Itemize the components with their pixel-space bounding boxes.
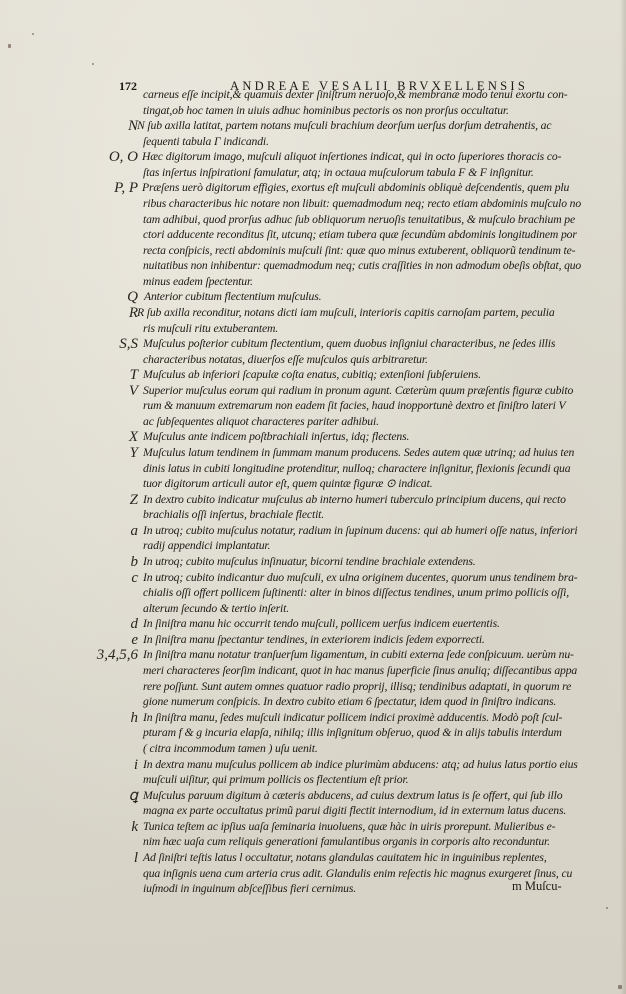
continuation-line: characteribus notatas, diuerſos eſſe muſ…: [0, 352, 626, 368]
legend-entry-line: RR ſub axilla reconditur, notans dicti i…: [0, 305, 626, 321]
line-text: rum & manuum extremarum non eadem ſit fa…: [143, 398, 565, 414]
figure-key-label: V: [129, 383, 138, 399]
continuation-line: rum & manuum extremarum non eadem ſit fa…: [0, 398, 626, 414]
line-text: In utroq; cubito muſculus inſinuatur, bi…: [143, 554, 476, 570]
legend-entry-line: XMuſculus ante indicem poſtbrachiali inſ…: [0, 429, 626, 445]
line-text: In ſiniſtra manu, ſedes muſculi indicatu…: [143, 710, 562, 726]
paper-speck: [606, 907, 608, 909]
figure-key-label: Q: [127, 289, 138, 305]
figure-key-label: S,S: [119, 336, 138, 352]
legend-entry-line: aIn utroq; cubito muſculus notatur, radi…: [0, 523, 626, 539]
legend-entry-line: NN ſub axilla latitat, partem notans muſ…: [0, 118, 626, 134]
continuation-line: minus eadem ſpectentur.: [0, 274, 626, 290]
continuation-line: brachialis oſſi inſertus, brachiale flec…: [0, 507, 626, 523]
continuation-line: gione numerum conſpicis. In dextro cubit…: [0, 694, 626, 710]
continuation-line: nuitatibus non inhibentur: quemadmodum n…: [0, 258, 626, 274]
line-text: alterum ſecundo & tertio inſerit.: [143, 601, 289, 617]
continuation-line: ris muſculi ritu extuberantem.: [0, 321, 626, 337]
line-text: nim hæc uaſa cum reliquis generationi fa…: [143, 834, 550, 850]
continuation-line: ſtas inſertus inſpirationi famulatur, at…: [0, 165, 626, 181]
line-text: R ſub axilla reconditur, notans dicti ia…: [137, 305, 555, 321]
continuation-line: meri characteres ſeorſim indicant, quot …: [0, 663, 626, 679]
line-text: In ſiniſtra manu notatur tranſuerſum lig…: [143, 647, 574, 663]
continuation-line: ctori adducente reconditus ſit, utcunq; …: [0, 227, 626, 243]
book-page: 172 ANDREAE VESALII BRVXELLENSIS carneus…: [0, 0, 626, 994]
line-text: minus eadem ſpectentur.: [143, 274, 253, 290]
legend-entry-line: cIn utroq; cubito indicantur duo muſculi…: [0, 570, 626, 586]
line-text: tuor digitorum articuli autor eſt, quem …: [143, 476, 432, 492]
line-text: ( citra incommodum tamen ) uſu uenit.: [143, 741, 318, 757]
line-text: dinis latus in cubiti longitudine proten…: [143, 461, 570, 477]
line-text: Muſculus paruum digitum à cæteris abduce…: [143, 788, 562, 804]
continuation-line: ſequenti tabula Γ indicandi.: [0, 134, 626, 150]
line-text: ris muſculi ritu extuberantem.: [143, 321, 278, 337]
continuation-line: ( citra incommodum tamen ) uſu uenit.: [0, 741, 626, 757]
line-text: meri characteres ſeorſim indicant, quot …: [143, 663, 577, 679]
figure-key-label: i: [134, 757, 138, 773]
paper-speck: [618, 985, 622, 989]
legend-entry-line: lAd ſiniſtri teſtis latus l occultatur, …: [0, 850, 626, 866]
line-text: radij appendici implantatur.: [143, 538, 270, 554]
figure-key-label: 3,4,5,6: [97, 647, 138, 663]
legend-entry-line: 3,4,5,6In ſiniſtra manu notatur tranſuer…: [0, 647, 626, 663]
continuation-line: tuor digitorum articuli autor eſt, quem …: [0, 476, 626, 492]
continuation-line: chialis oſſi offert pollicem ſuſtinenti:…: [0, 585, 626, 601]
line-text: In ſiniſtra manu hic occurrit tendo muſc…: [143, 616, 500, 632]
figure-key-label: h: [131, 710, 139, 726]
legend-entry-line: TMuſculus ab inferiori ſcapulæ coſta ena…: [0, 367, 626, 383]
legend-entry-line: QAnterior cubitum flectentium muſculus.: [0, 289, 626, 305]
line-text: Muſculus ante indicem poſtbrachiali inſe…: [143, 429, 409, 445]
continuation-line: carneus eſſe incipit,& quamuis dexter ſi…: [0, 87, 626, 103]
legend-entry-line: dIn ſiniſtra manu hic occurrit tendo muſ…: [0, 616, 626, 632]
continuation-line: radij appendici implantatur.: [0, 538, 626, 554]
continuation-line: rere poſſunt. Sunt autem omnes quatuor r…: [0, 679, 626, 695]
line-text: In ſiniſtra manu ſpectantur tendines, in…: [143, 632, 485, 648]
figure-key-label: k: [131, 819, 138, 835]
legend-entry-line: ꝗMuſculus paruum digitum à cæteris abduc…: [0, 788, 626, 804]
line-text: qua inſignis uena cum arteria crus adit.…: [143, 866, 572, 882]
line-text: ctori adducente reconditus ſit, utcunq; …: [143, 227, 577, 243]
continuation-line: nim hæc uaſa cum reliquis generationi fa…: [0, 834, 626, 850]
catchword: m Muſcu-: [512, 879, 562, 894]
line-text: In dextra manu muſculus pollicem ab indi…: [143, 757, 578, 773]
continuation-line: alterum ſecundo & tertio inſerit.: [0, 601, 626, 617]
line-text: iuſmodi in inguinum abſceſſibus fieri ce…: [143, 881, 356, 897]
continuation-line: pturam f & g incuria elapſa, nihilq; ill…: [0, 725, 626, 741]
line-text: recta conſpicis, recti abdominis muſculi…: [143, 243, 575, 259]
legend-entry-line: ZIn dextro cubito indicatur muſculus ab …: [0, 492, 626, 508]
figure-key-label: a: [131, 523, 139, 539]
line-text: characteribus notatas, diuerſos eſſe muſ…: [143, 352, 428, 368]
figure-key-label: T: [130, 367, 138, 383]
figure-key-label: e: [131, 632, 138, 648]
figure-key-label: c: [131, 570, 138, 586]
line-text: tingat,ob hoc tamen in uiuis adhuc homin…: [143, 103, 509, 119]
line-text: ribus characteribus hic notare non libui…: [143, 196, 581, 212]
legend-entry-line: bIn utroq; cubito muſculus inſinuatur, b…: [0, 554, 626, 570]
figure-key-label: d: [131, 616, 139, 632]
line-text: Tunica teſtem ac ipſius uaſa ſeminaria i…: [143, 819, 555, 835]
figure-key-label: Y: [130, 445, 138, 461]
legend-entry-line: P, PPræſens uerò digitorum effigies, exo…: [0, 180, 626, 196]
line-text: ſequenti tabula Γ indicandi.: [143, 134, 269, 150]
legend-entry-line: iIn dextra manu muſculus pollicem ab ind…: [0, 757, 626, 773]
continuation-line: magna ex parte occultatus primũ parui di…: [0, 803, 626, 819]
figure-key-label: ꝗ: [128, 788, 138, 804]
line-text: ac ſubſequentes aliquot characteres pari…: [143, 414, 379, 430]
line-text: In dextro cubito indicatur muſculus ab i…: [143, 492, 566, 508]
continuation-line: recta conſpicis, recti abdominis muſculi…: [0, 243, 626, 259]
line-text: muſculi uiſitur, qui primum pollicis os …: [143, 772, 408, 788]
line-text: In utroq; cubito indicantur duo muſculi,…: [143, 570, 578, 586]
continuation-line: muſculi uiſitur, qui primum pollicis os …: [0, 772, 626, 788]
figure-key-label: P, P: [114, 180, 138, 196]
line-text: Præſens uerò digitorum effigies, exortus…: [142, 180, 569, 196]
paper-speck: [8, 44, 11, 48]
line-text: Muſculus ab inferiori ſcapulæ coſta enat…: [143, 367, 481, 383]
legend-entry-line: kTunica teſtem ac ipſius uaſa ſeminaria …: [0, 819, 626, 835]
line-text: magna ex parte occultatus primũ parui di…: [143, 803, 566, 819]
line-text: Superior muſculus eorum qui radium in pr…: [143, 383, 573, 399]
line-text: Hæc digitorum imago, muſculi aliquot inſ…: [142, 149, 561, 165]
figure-key-label: O, O: [109, 149, 138, 165]
paper-speck: [32, 33, 34, 35]
line-text: Ad ſiniſtri teſtis latus l occultatur, n…: [143, 850, 547, 866]
line-text: chialis oſſi offert pollicem ſuſtinenti:…: [143, 585, 569, 601]
line-text: carneus eſſe incipit,& quamuis dexter ſi…: [143, 87, 568, 103]
continuation-line: ac ſubſequentes aliquot characteres pari…: [0, 414, 626, 430]
line-text: ſtas inſertus inſpirationi famulatur, at…: [143, 165, 534, 181]
legend-entry-line: hIn ſiniſtra manu, ſedes muſculi indicat…: [0, 710, 626, 726]
line-text: Muſculus poſterior cubitum flectentium, …: [143, 336, 555, 352]
line-text: nuitatibus non inhibentur: quemadmodum n…: [143, 258, 581, 274]
figure-key-label: b: [131, 554, 139, 570]
continuation-line: dinis latus in cubiti longitudine proten…: [0, 461, 626, 477]
figure-key-label: X: [129, 429, 138, 445]
line-text: brachialis oſſi inſertus, brachiale flec…: [143, 507, 324, 523]
line-text: Anterior cubitum flectentium muſculus.: [144, 289, 321, 305]
figure-key-label: l: [134, 850, 138, 866]
line-text: tam adhibui, quod prorſus adhuc ſub obli…: [143, 212, 575, 228]
line-text: pturam f & g incuria elapſa, nihilq; ill…: [143, 725, 562, 741]
line-text: gione numerum conſpicis. In dextro cubit…: [143, 694, 556, 710]
continuation-line: tam adhibui, quod prorſus adhuc ſub obli…: [0, 212, 626, 228]
continuation-line: tingat,ob hoc tamen in uiuis adhuc homin…: [0, 103, 626, 119]
legend-entry-line: VSuperior muſculus eorum qui radium in p…: [0, 383, 626, 399]
figure-key-label: Z: [130, 492, 138, 508]
line-text: Muſculus latum tendinem in ſummam manum …: [143, 445, 574, 461]
legend-entry-line: O, OHæc digitorum imago, muſculi aliquot…: [0, 149, 626, 165]
line-text: N ſub axilla latitat, partem notans muſc…: [137, 118, 551, 134]
legend-entry-line: S,SMuſculus poſterior cubitum flectentiu…: [0, 336, 626, 352]
line-text: In utroq; cubito muſculus notatur, radiu…: [143, 523, 577, 539]
continuation-line: ribus characteribus hic notare non libui…: [0, 196, 626, 212]
legend-entry-line: YMuſculus latum tendinem in ſummam manum…: [0, 445, 626, 461]
legend-entry-line: eIn ſiniſtra manu ſpectantur tendines, i…: [0, 632, 626, 648]
paper-speck: [92, 63, 94, 65]
line-text: rere poſſunt. Sunt autem omnes quatuor r…: [143, 679, 571, 695]
